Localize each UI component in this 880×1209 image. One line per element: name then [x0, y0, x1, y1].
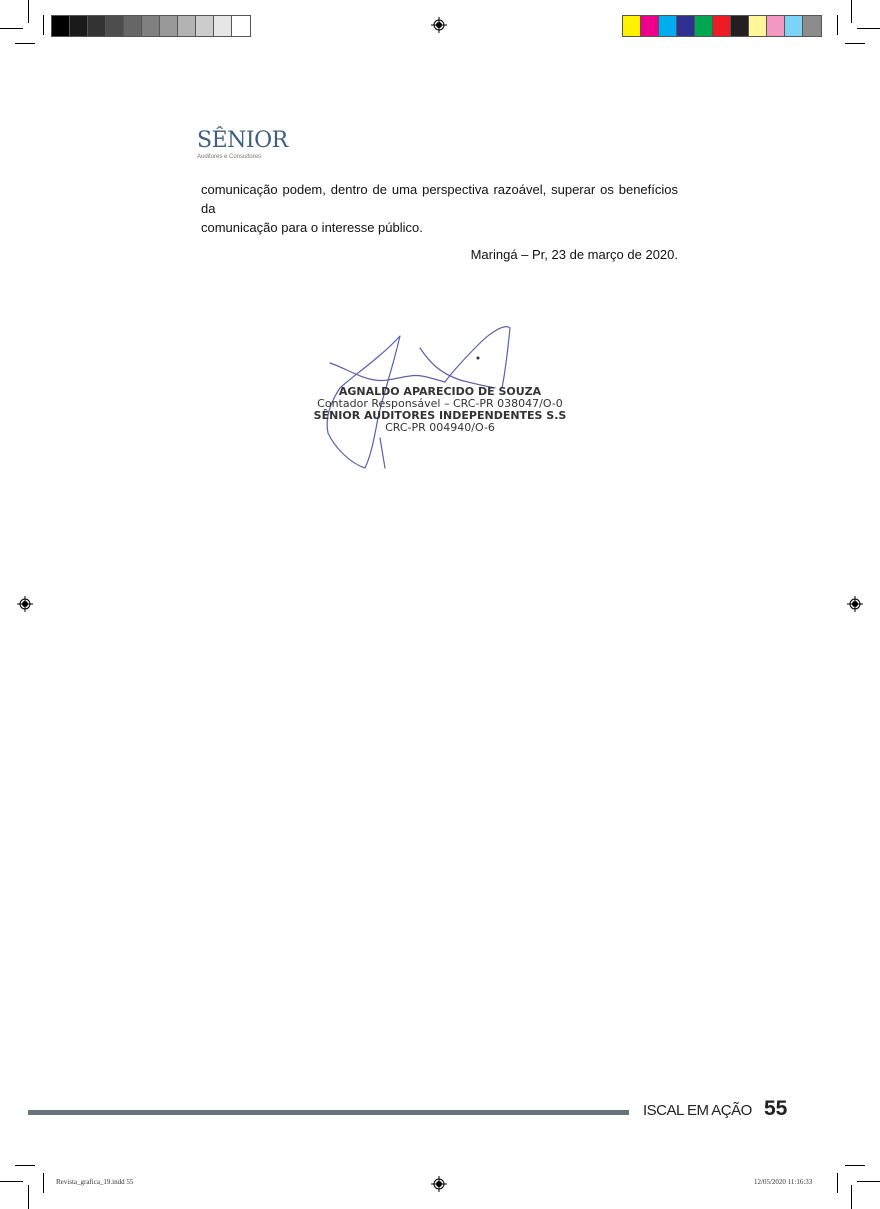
crosshair-target-icon [847, 596, 863, 612]
crop-mark [15, 43, 35, 44]
crop-mark [28, 1185, 29, 1209]
crosshair-target-icon [17, 596, 33, 612]
color-swatch [749, 16, 767, 36]
crop-mark [837, 1173, 838, 1193]
color-swatch [731, 16, 749, 36]
grayscale-color-bar [51, 15, 251, 37]
slug-timestamp: 12/05/2020 11:16:33 [754, 1178, 812, 1186]
crop-mark [851, 0, 852, 23]
color-swatch [52, 16, 70, 36]
crop-mark [43, 1173, 44, 1193]
signature-block: AGNALDO APARECIDO DE SOUZA Contador Resp… [300, 386, 580, 434]
crop-mark [43, 15, 44, 35]
color-swatch [785, 16, 803, 36]
color-swatch [106, 16, 124, 36]
crop-mark [857, 1181, 880, 1182]
color-swatch [677, 16, 695, 36]
crop-mark [28, 0, 29, 23]
process-color-bar [622, 15, 822, 37]
color-swatch [695, 16, 713, 36]
footer-rule [28, 1110, 629, 1115]
paragraph-line: comunicação para o interesse público. [201, 218, 678, 237]
color-swatch [142, 16, 160, 36]
crop-mark [845, 1165, 865, 1166]
color-swatch [803, 16, 821, 36]
color-swatch [160, 16, 178, 36]
crop-mark [857, 28, 880, 29]
logo-subtitle: Auditores e Consultores [197, 154, 261, 160]
color-swatch [713, 16, 731, 36]
color-swatch [88, 16, 106, 36]
crop-mark [0, 28, 23, 29]
firm-registration: CRC-PR 004940/O-6 [300, 422, 580, 434]
color-swatch [232, 16, 250, 36]
color-swatch [196, 16, 214, 36]
crop-mark [845, 43, 865, 44]
crop-mark [15, 1165, 35, 1166]
magazine-title: ISCAL EM AÇÃO [643, 1102, 752, 1119]
color-swatch [214, 16, 232, 36]
slug-filename: Revista_grafica_19.indd 55 [56, 1178, 133, 1186]
page-number: 55 [764, 1097, 787, 1121]
crop-mark [851, 1185, 852, 1209]
paragraph-line: comunicação podem, dentro de uma perspec… [201, 180, 678, 218]
crosshair-target-icon [431, 17, 447, 33]
crop-mark [837, 15, 838, 35]
color-swatch [70, 16, 88, 36]
date-line: Maringá – Pr, 23 de março de 2020. [471, 247, 678, 262]
color-swatch [641, 16, 659, 36]
color-swatch [124, 16, 142, 36]
color-swatch [623, 16, 641, 36]
crop-mark [0, 1181, 23, 1182]
color-swatch [178, 16, 196, 36]
color-swatch [659, 16, 677, 36]
logo-title: SÊNIOR [197, 128, 288, 153]
color-swatch [767, 16, 785, 36]
body-paragraph: comunicação podem, dentro de uma perspec… [201, 180, 678, 237]
crosshair-target-icon [431, 1176, 447, 1192]
